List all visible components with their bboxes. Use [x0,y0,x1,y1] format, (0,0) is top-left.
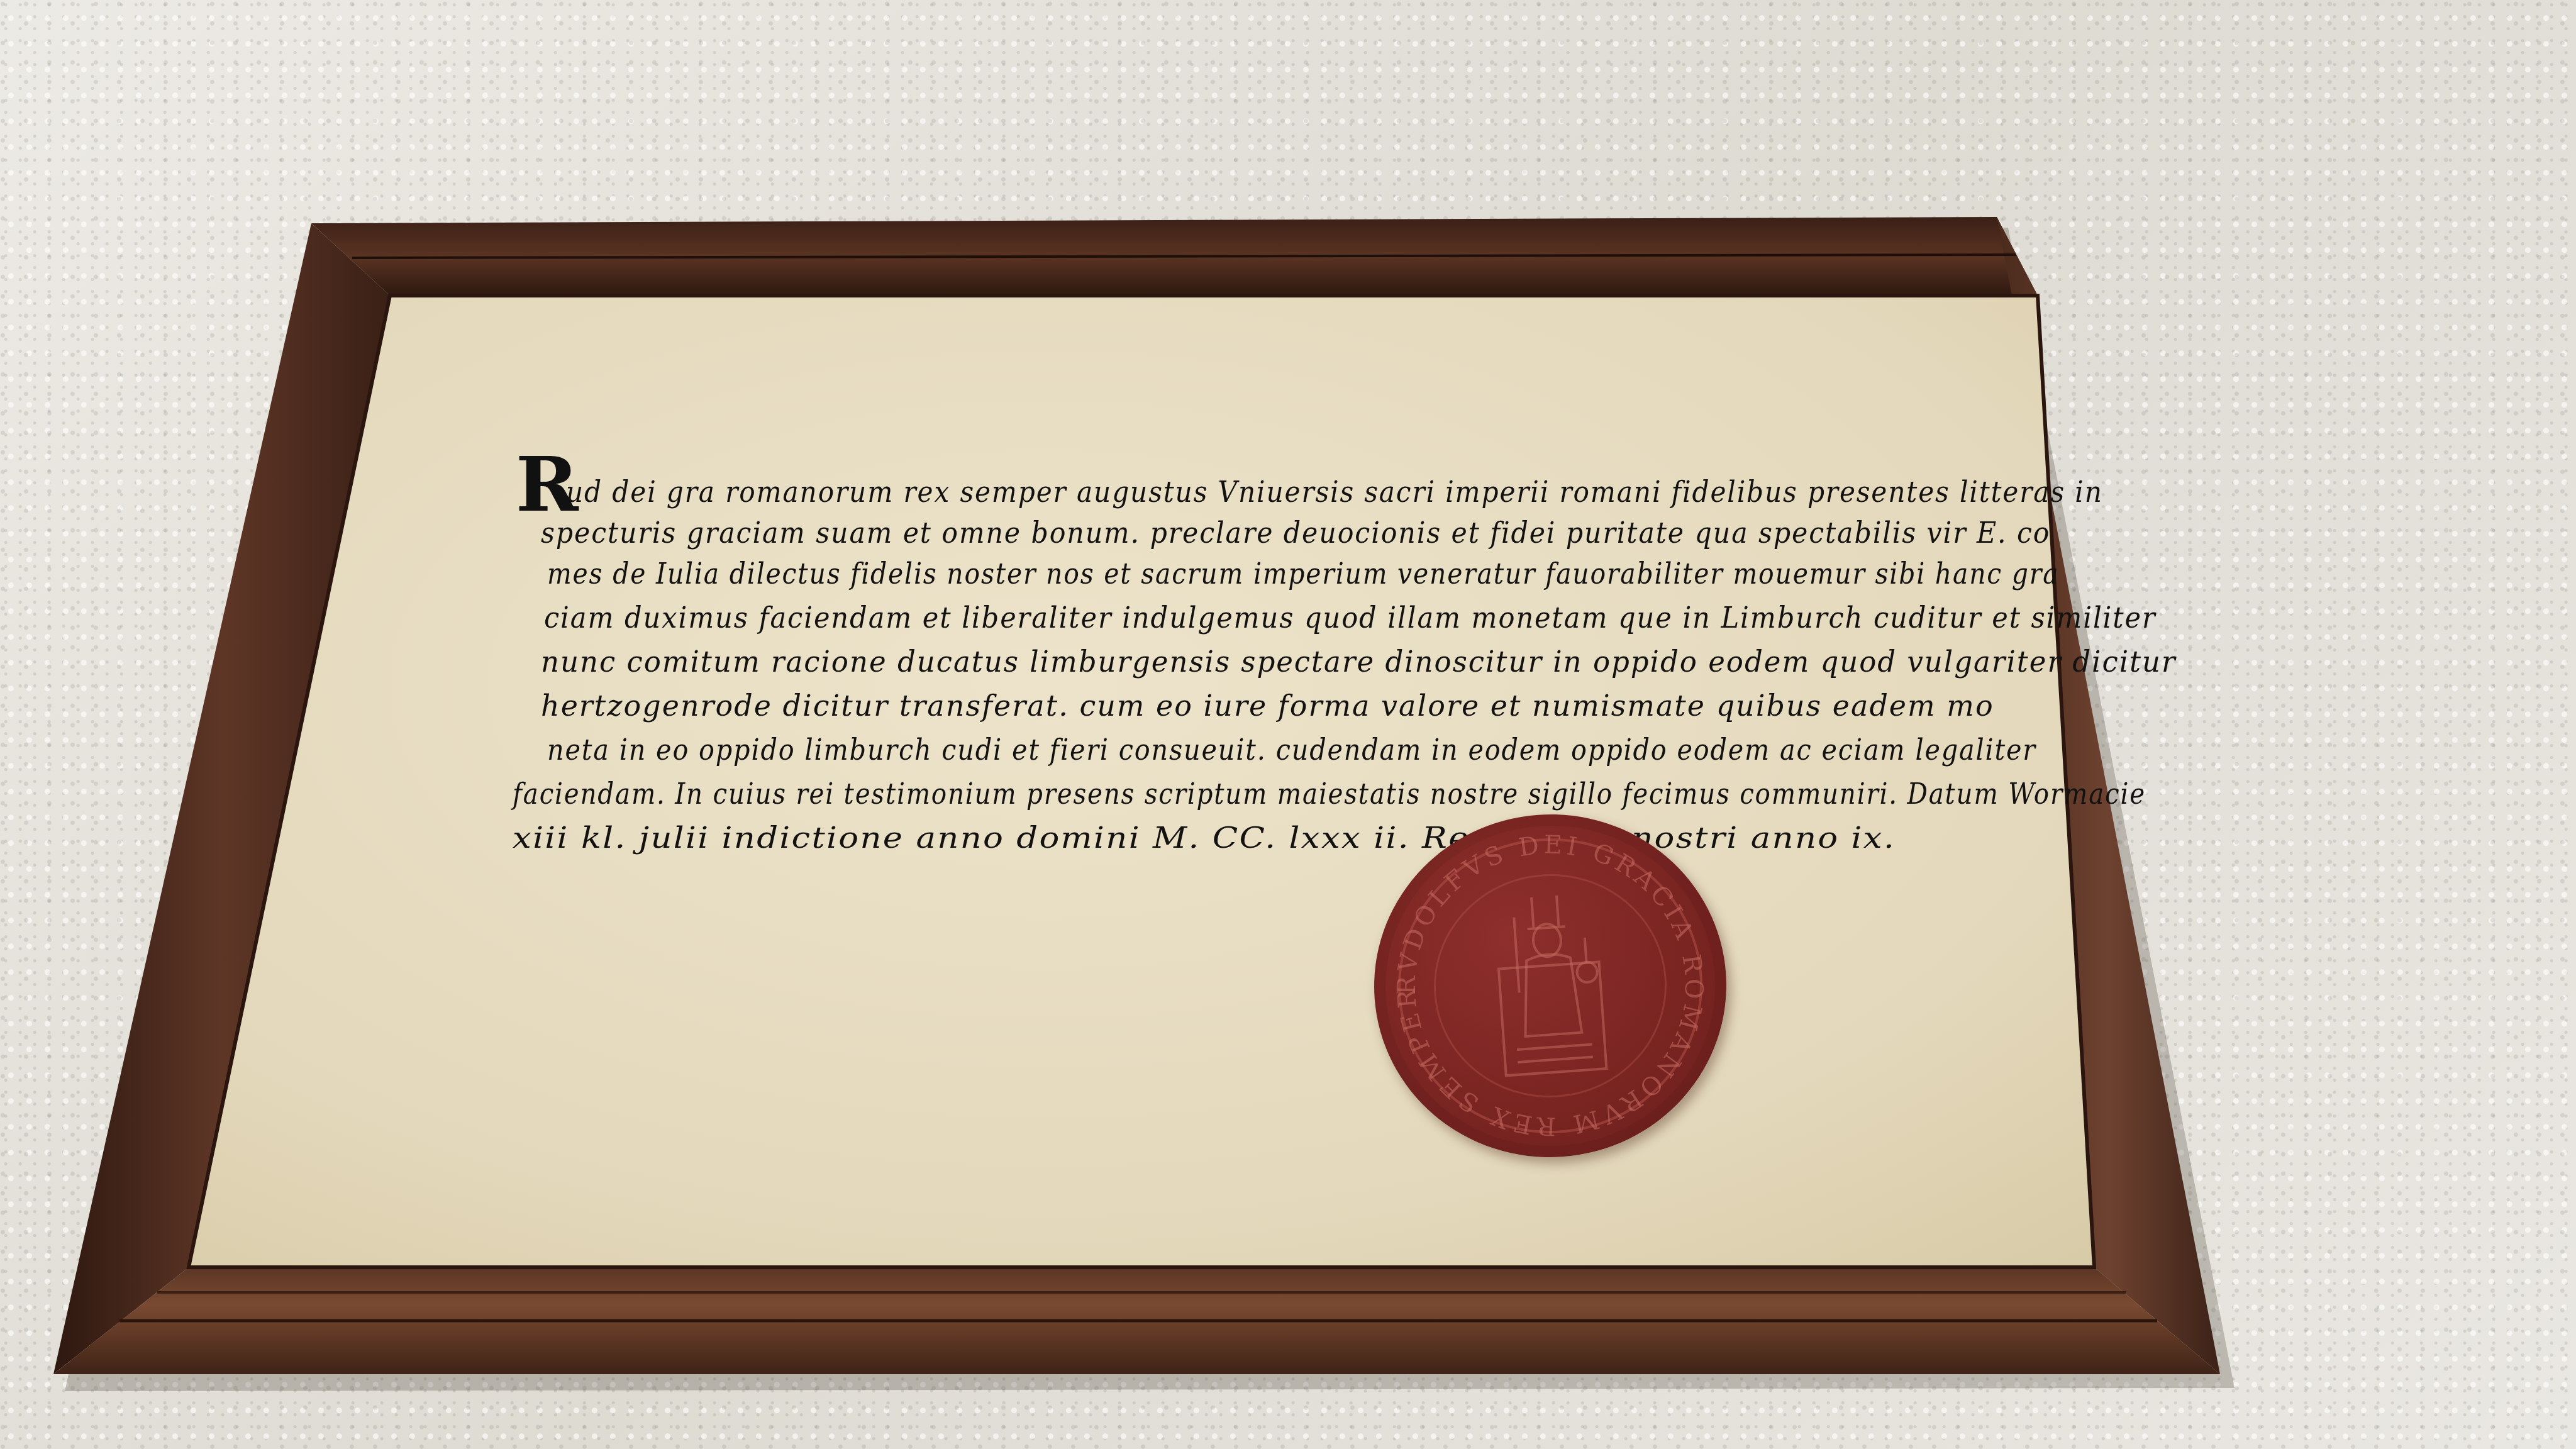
enthroned-king-figure [1487,886,1613,1082]
wax-seal: RVDOLFVS DEI GRACIA ROMANORVM REX SEMPER… [1363,802,1738,1169]
picture-frame [0,0,2576,1449]
parchment [189,296,2094,1267]
